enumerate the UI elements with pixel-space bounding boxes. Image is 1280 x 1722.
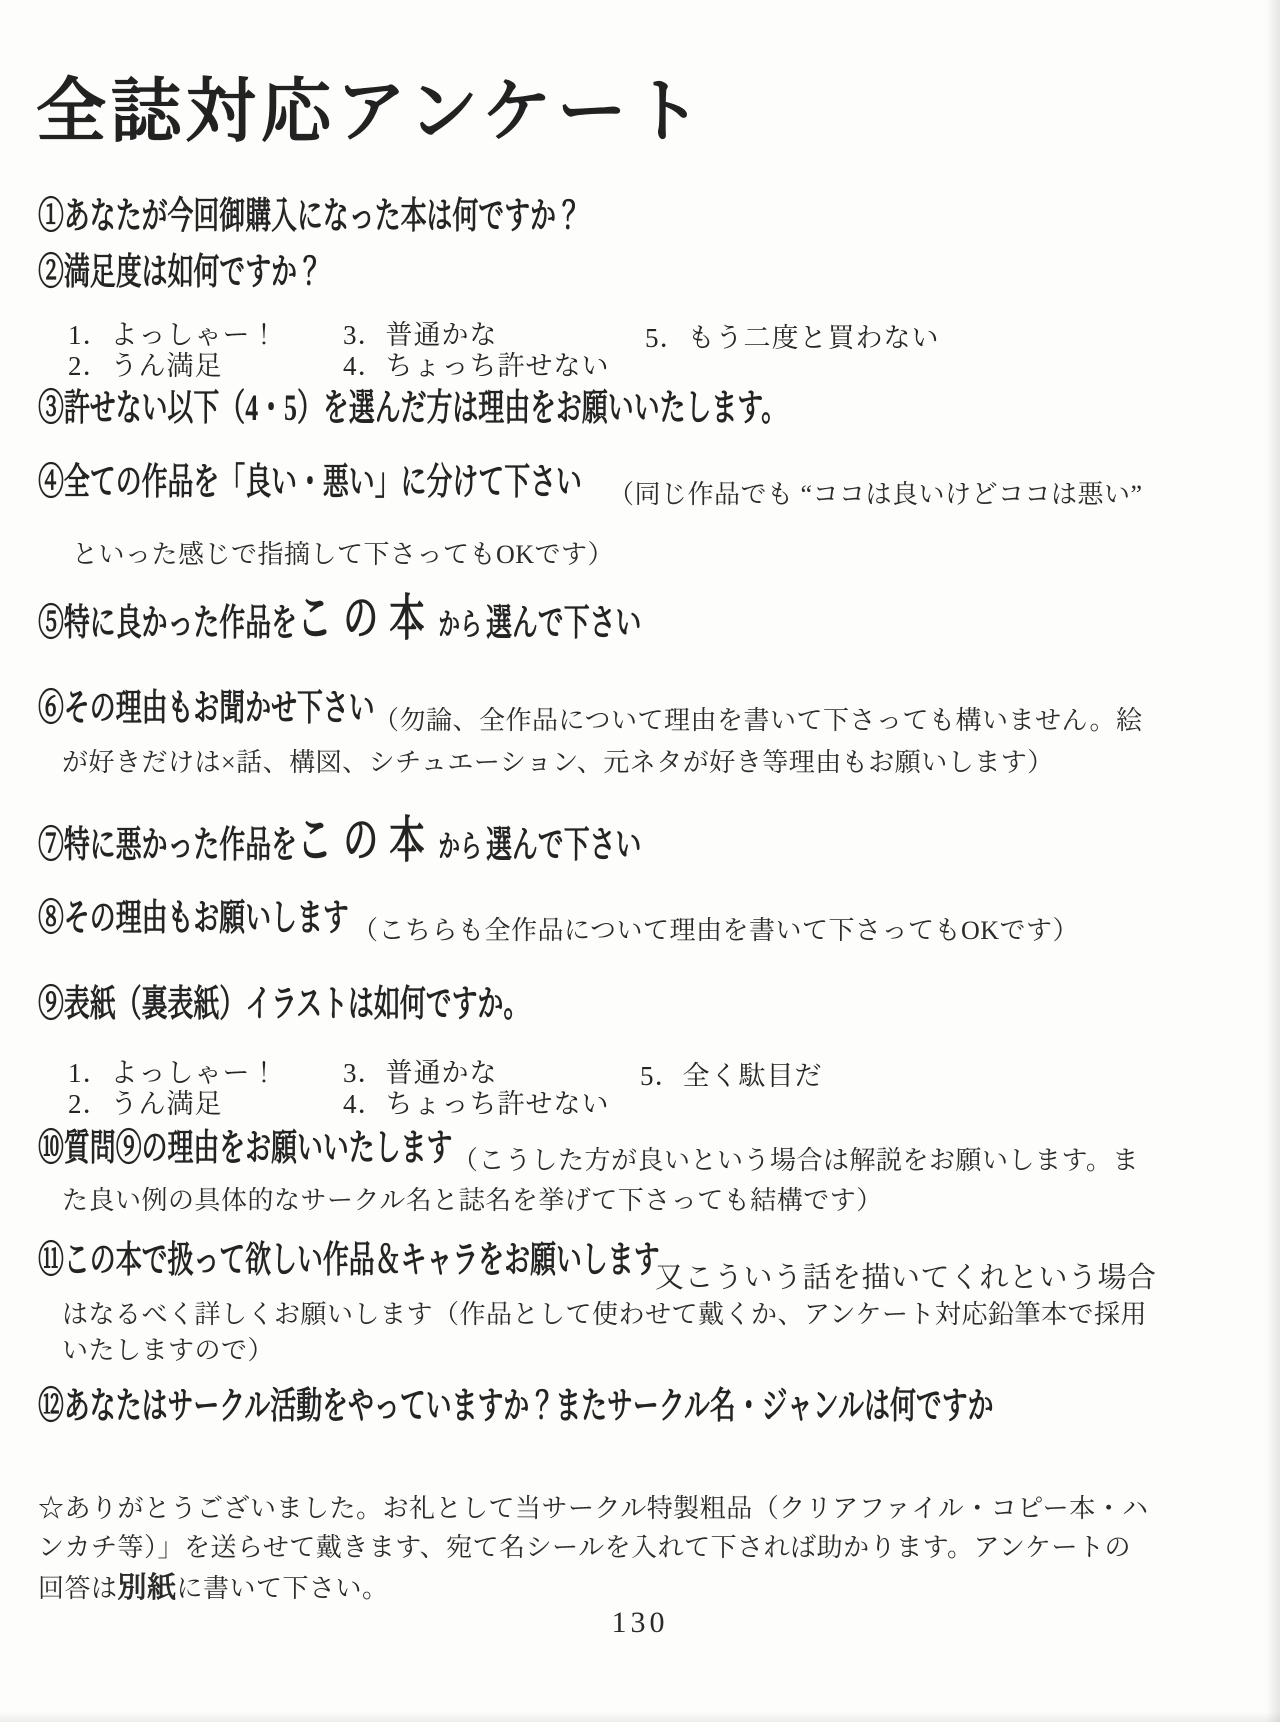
question-3: ③許せない以下（4・5）を選んだ方は理由をお願いいたします。 xyxy=(38,388,787,429)
question-5-suffix: 選んで下さい xyxy=(486,603,641,644)
question-4-note: （同じ作品でも “ココは良いけどココは悪い” xyxy=(608,480,1143,509)
footer-note-line3: 回答は別紙に書いて下さい。 xyxy=(38,1572,389,1604)
question-7: ⑦特に悪かった作品をこの本から選んで下さい xyxy=(38,812,641,868)
question-4: ④全ての作品を「良い・悪い」に分けて下さい xyxy=(38,462,582,503)
question-1: ①あなたが今回御購入になった本は何ですか？ xyxy=(38,196,582,237)
question-11: ⑪この本で扱って欲しい作品＆キャラをお願いします xyxy=(38,1240,660,1281)
cover-option-2: 2．うん満足 xyxy=(68,1089,223,1119)
satisfaction-option-4: 4．ちょっち許せない xyxy=(343,351,610,381)
satisfaction-option-5: 5．もう二度と買わない xyxy=(645,323,940,353)
question-5-prefix: ⑤特に良かった作品を xyxy=(38,603,297,644)
footer-line3-pre: 回答は xyxy=(38,1574,118,1603)
question-5-mid: から xyxy=(438,607,481,642)
question-12: ⑫あなたはサークル活動をやっていますか？またサークル名・ジャンルは何ですか xyxy=(38,1386,994,1427)
question-7-prefix: ⑦特に悪かった作品を xyxy=(38,825,297,866)
cover-option-4: 4．ちょっち許せない xyxy=(343,1089,610,1119)
satisfaction-option-1: 1．よっしゃー！ xyxy=(68,320,279,350)
questionnaire-page: 全誌対応アンケート ①あなたが今回御購入になった本は何ですか？ ②満足度は如何で… xyxy=(0,0,1280,1722)
question-11-tail: 又こういう話を描いてくれという場合 xyxy=(655,1262,1157,1294)
question-11-note-line2: はなるべく詳しくお願いします（作品として使わせて戴くか、アンケート対応鉛筆本で採… xyxy=(62,1300,1147,1329)
question-5: ⑤特に良かった作品をこの本から選んで下さい xyxy=(38,590,641,646)
cover-option-1: 1．よっしゃー！ xyxy=(68,1058,279,1088)
question-6-note-line2: が好きだけは×話、構図、シチュエーション、元ネタが好き等理由もお願いします） xyxy=(62,748,1054,777)
question-6: ⑥その理由もお聞かせ下さい xyxy=(38,688,375,729)
cover-option-3: 3．普通かな xyxy=(343,1058,498,1088)
question-11-note-line3: いたしますので） xyxy=(62,1336,274,1365)
footer-note-line1: ☆ありがとうございました。お礼として当サークル特製粗品（クリアファイル・コピー本… xyxy=(38,1494,1149,1523)
question-10-note: （こうした方が良いという場合は解説をお願いします。ま xyxy=(452,1146,1139,1175)
question-5-emphasis: この本 xyxy=(297,590,436,646)
question-6-note: （勿論、全作品について理由を書いて下さっても構いません。絵 xyxy=(373,706,1143,735)
question-7-emphasis: この本 xyxy=(297,812,436,868)
question-4-note-line2: といった感じで指摘して下さってもOKです） xyxy=(72,540,614,569)
question-10: ⑩質問⑨の理由をお願いいたします xyxy=(38,1128,452,1169)
footer-line3-post: に書いて下さい。 xyxy=(177,1574,389,1603)
footer-note-line2: ンカチ等）」を送らせて戴きます、宛て名シールを入れて下されば助かります。アンケー… xyxy=(38,1533,1131,1562)
question-8: ⑧その理由もお願いします xyxy=(38,898,349,939)
cover-option-5: 5．全く駄目だ xyxy=(640,1061,823,1091)
question-8-note: （こちらも全作品について理由を書いて下さってもOKです） xyxy=(352,916,1079,945)
question-2: ②満足度は如何ですか？ xyxy=(38,252,323,293)
question-7-suffix: 選んで下さい xyxy=(486,825,641,866)
question-9: ⑨表紙（裏表紙）イラストは如何ですか。 xyxy=(38,984,529,1025)
footer-line3-emphasis: 別紙 xyxy=(118,1572,177,1604)
page-number: 130 xyxy=(0,1606,1280,1640)
satisfaction-option-3: 3．普通かな xyxy=(343,320,498,350)
question-7-mid: から xyxy=(438,829,481,864)
page-title: 全誌対応アンケート xyxy=(36,74,707,152)
satisfaction-option-2: 2．うん満足 xyxy=(68,351,223,381)
question-10-note-line2: た良い例の具体的なサークル名と誌名を挙げて下さっても結構です） xyxy=(62,1186,883,1215)
